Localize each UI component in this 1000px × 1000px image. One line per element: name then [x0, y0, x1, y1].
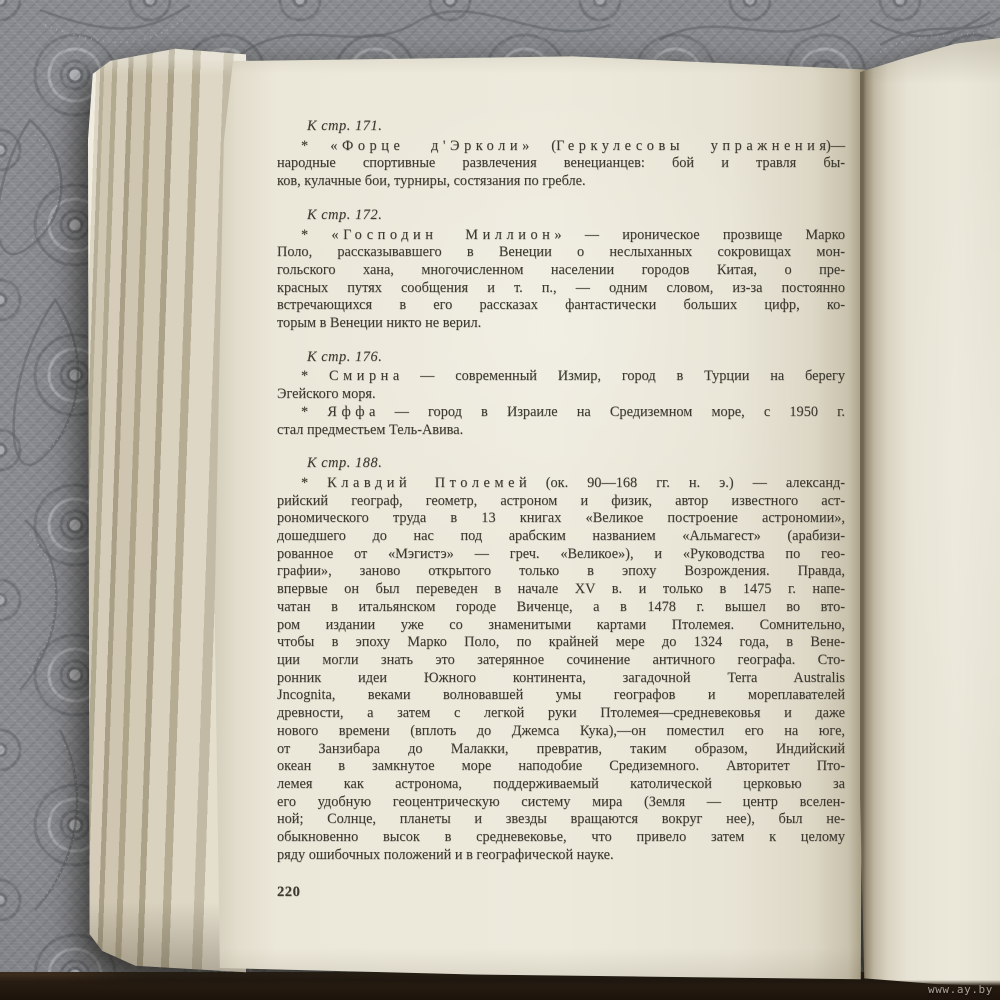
- note-section: К стр. 176.* Смирна — современный Измир,…: [277, 349, 845, 440]
- text-line: ков, кулачные бои, турниры, состязания п…: [277, 173, 845, 191]
- emphasized-term: Геркулесовы упражнения: [556, 138, 830, 154]
- text-line: Поло, рассказывавшего в Венеции о неслых…: [277, 244, 845, 262]
- text-line: встречающихся в его рассказах фантастиче…: [277, 297, 845, 315]
- text-run: ной; Солнце, планеты и звезды вращаются …: [277, 811, 845, 827]
- text-run: (ок. 90—168 гг. н. э.) — александ-: [527, 475, 845, 491]
- text-line: лемея как астронома, поддерживаемый като…: [277, 776, 845, 794]
- text-line: рономического труда в 13 книгах «Великое…: [277, 510, 845, 528]
- emphasized-term: Яффа: [327, 404, 380, 420]
- text-run: стал предместьем Тель-Авива.: [277, 422, 463, 438]
- text-line: нового времени (вплоть до Джемса Кука),—…: [277, 723, 845, 741]
- note-paragraph: * «Форце д'Эрколи» (Геркулесовы упражнен…: [277, 138, 845, 191]
- text-run: Поло, рассказывавшего в Венеции о неслых…: [277, 244, 845, 260]
- section-heading: К стр. 176.: [277, 349, 845, 367]
- text-line: стал предместьем Тель-Авива.: [277, 422, 845, 440]
- note-paragraph: * Клавдий Птолемей (ок. 90—168 гг. н. э.…: [277, 475, 845, 864]
- emphasized-term: Смирна: [329, 368, 404, 384]
- text-line: ной; Солнце, планеты и звезды вращаются …: [277, 811, 845, 829]
- text-run: древности, а затем с легкой руки Птолеме…: [277, 705, 845, 721]
- text-line: народные спортивные развлечения венециан…: [277, 155, 845, 173]
- text-run: чатан в итальянском городе Виченце, а в …: [277, 599, 845, 615]
- text-run: графии», заново открытого только в эпоху…: [277, 563, 845, 579]
- text-run: его удобную геоцентрическую систему мира…: [277, 794, 845, 810]
- emphasized-term: «Господин Миллион»: [331, 227, 566, 243]
- section-heading: К стр. 188.: [277, 455, 845, 473]
- text-line: ронник идеи Южного континента, загадочно…: [277, 670, 845, 688]
- note-paragraph: * «Господин Миллион» — ироническое прозв…: [277, 227, 845, 333]
- cover-band-front: [0, 980, 1000, 1000]
- text-line: впервые он был переведен в начале XV в. …: [277, 581, 845, 599]
- text-line: океан в замкнутое море наподобие Средизе…: [277, 758, 845, 776]
- text-run: — современный Измир, город в Турции на б…: [399, 368, 845, 384]
- emphasized-term: «Форце д'Эрколи»: [330, 138, 534, 154]
- text-line: ряду ошибочных положений и в географичес…: [277, 847, 845, 865]
- text-run: *: [301, 227, 331, 243]
- text-line: * «Форце д'Эрколи» (Геркулесовы упражнен…: [277, 138, 845, 156]
- text-run: — ироническое прозвище Марко: [562, 227, 845, 243]
- text-run: обыкновенно высок в средневековье, что п…: [277, 829, 845, 845]
- text-run: *: [301, 138, 330, 154]
- text-run: дошедшего до нас под арабским названием …: [277, 528, 845, 544]
- text-run: Эгейского моря.: [277, 386, 376, 402]
- text-line: Эгейского моря.: [277, 386, 845, 404]
- text-run: торым в Венеции никто не верил.: [277, 315, 481, 331]
- note-paragraph: * Яффа — город в Израиле на Средиземном …: [277, 404, 845, 439]
- text-line: * Смирна — современный Измир, город в Ту…: [277, 368, 845, 386]
- page-number: 220: [277, 884, 845, 902]
- text-line: рованное от «Мэгистэ» — греч. «Великое»)…: [277, 546, 845, 564]
- text-run: рономического труда в 13 книгах «Великое…: [277, 510, 845, 526]
- note-paragraph: * Смирна — современный Измир, город в Ту…: [277, 368, 845, 403]
- text-line: дошедшего до нас под арабским названием …: [277, 528, 845, 546]
- text-line: древности, а затем с легкой руки Птолеме…: [277, 705, 845, 723]
- text-run: — город в Израиле на Средиземном море, с…: [375, 404, 845, 420]
- text-run: )—: [826, 138, 845, 154]
- text-line: обыкновенно высок в средневековье, что п…: [277, 829, 845, 847]
- text-run: лемея как астронома, поддерживаемый като…: [277, 776, 845, 792]
- text-run: ряду ошибочных положений и в географичес…: [277, 847, 614, 863]
- text-run: народные спортивные развлечения венециан…: [277, 155, 845, 171]
- note-section: К стр. 188.* Клавдий Птолемей (ок. 90—16…: [277, 455, 845, 864]
- emphasized-term: Клавдий Птолемей: [327, 475, 531, 491]
- text-run: впервые он был переведен в начале XV в. …: [277, 581, 845, 597]
- text-run: ков, кулачные бои, турниры, состязания п…: [277, 173, 586, 189]
- text-line: чатан в итальянском городе Виченце, а в …: [277, 599, 845, 617]
- text-run: встречающихся в его рассказах фантастиче…: [277, 297, 845, 313]
- text-line: гольского хана, многочисленном населении…: [277, 262, 845, 280]
- text-line: графии», заново открытого только в эпоху…: [277, 563, 845, 581]
- text-run: *: [301, 475, 327, 491]
- section-heading: К стр. 172.: [277, 207, 845, 225]
- text-line: торым в Венеции никто не верил.: [277, 315, 845, 333]
- text-line: рийский географ, геометр, астроном и физ…: [277, 493, 845, 511]
- watermark: www.ay.by: [928, 983, 993, 996]
- text-run: ции могли знать это затерянное сочинение…: [277, 652, 845, 668]
- text-run: Jncognita, веками волновавшей умы геогра…: [277, 687, 845, 703]
- text-run: *: [301, 404, 327, 420]
- text-run: нового времени (вплоть до Джемса Кука),—…: [277, 723, 845, 739]
- text-line: * Яффа — город в Израиле на Средиземном …: [277, 404, 845, 422]
- text-run: *: [301, 368, 329, 384]
- text-run: гольского хана, многочисленном населении…: [277, 262, 845, 278]
- section-heading: К стр. 171.: [277, 118, 845, 136]
- text-run: океан в замкнутое море наподобие Средизе…: [277, 758, 845, 774]
- text-line: красных путях сообщения и т. п., — одним…: [277, 280, 845, 298]
- text-line: от Занзибара до Малакки, превратив, таки…: [277, 741, 845, 759]
- text-line: его удобную геоцентрическую систему мира…: [277, 794, 845, 812]
- text-run: (: [529, 138, 556, 154]
- text-line: ром издании уже со знаменитыми картами П…: [277, 617, 845, 635]
- photo-canvas: { "photo": { "watermark": "www.ay.by", "…: [0, 0, 1000, 1000]
- text-run: рованное от «Мэгистэ» — греч. «Великое»)…: [277, 546, 845, 562]
- notes-block: К стр. 171.* «Форце д'Эрколи» (Геркулесо…: [277, 118, 845, 902]
- text-line: ции могли знать это затерянное сочинение…: [277, 652, 845, 670]
- text-run: от Занзибара до Малакки, превратив, таки…: [277, 741, 845, 757]
- text-line: Jncognita, веками волновавшей умы геогра…: [277, 687, 845, 705]
- text-run: чтобы в эпоху Марко Поло, по крайней мер…: [277, 634, 845, 650]
- text-line: чтобы в эпоху Марко Поло, по крайней мер…: [277, 634, 845, 652]
- text-run: рийский географ, геометр, астроном и физ…: [277, 493, 845, 509]
- text-run: красных путях сообщения и т. п., — одним…: [277, 280, 845, 296]
- text-line: * Клавдий Птолемей (ок. 90—168 гг. н. э.…: [277, 475, 845, 493]
- text-run: ром издании уже со знаменитыми картами П…: [277, 617, 845, 633]
- note-section: К стр. 172.* «Господин Миллион» — иронич…: [277, 207, 845, 333]
- right-page: [860, 38, 1000, 986]
- note-section: К стр. 171.* «Форце д'Эрколи» (Геркулесо…: [277, 118, 845, 191]
- text-run: ронник идеи Южного континента, загадочно…: [277, 670, 845, 686]
- text-line: * «Господин Миллион» — ироническое прозв…: [277, 227, 845, 245]
